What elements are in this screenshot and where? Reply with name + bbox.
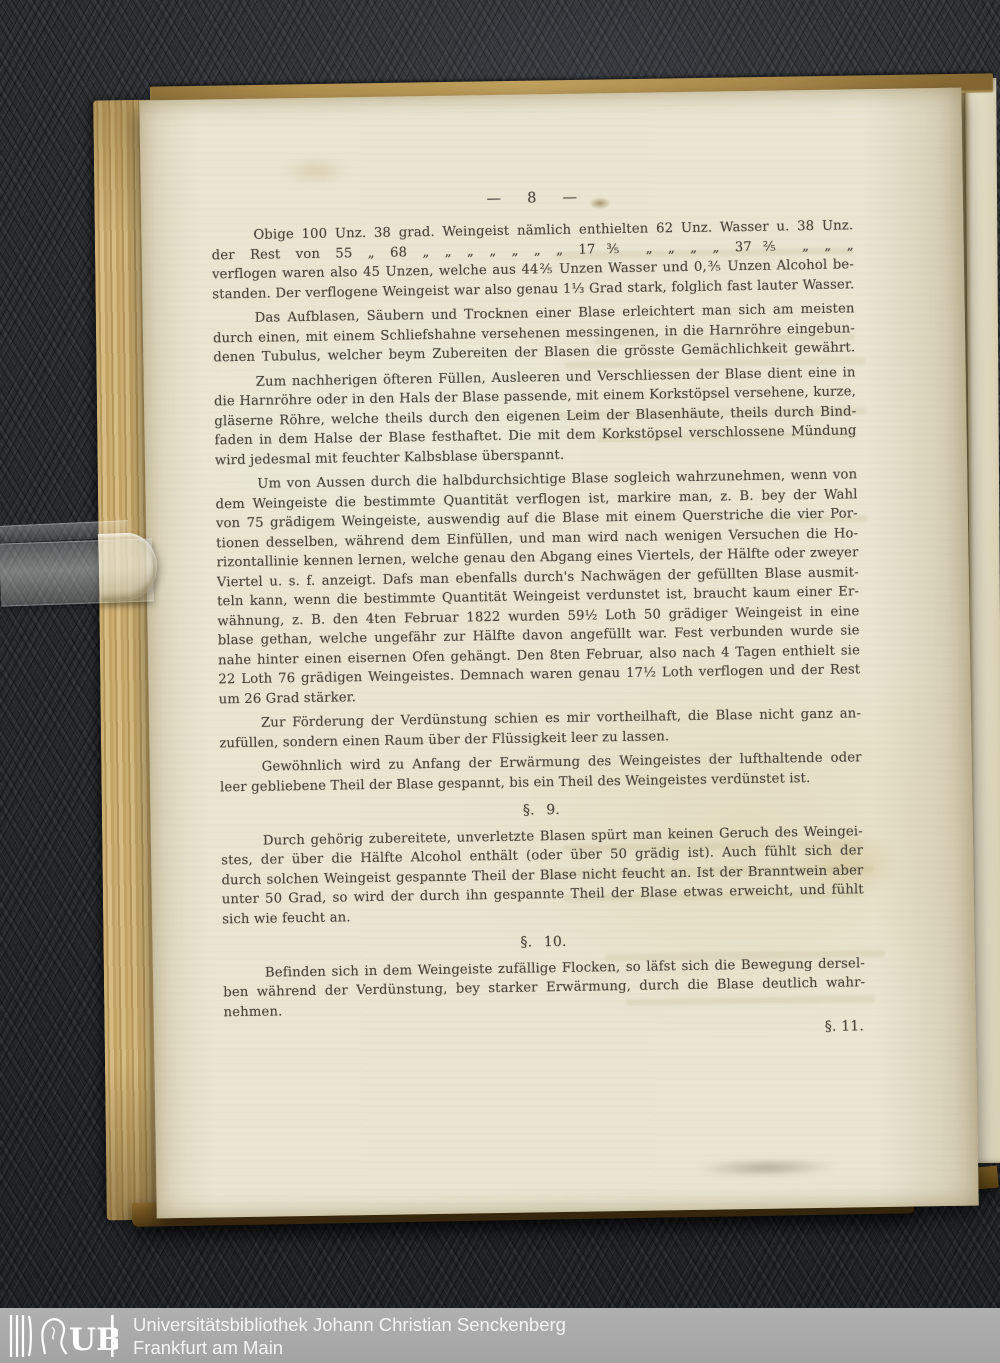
ub-library-logo-icon: UB bbox=[8, 1313, 118, 1359]
paragraph: Das Aufblasen, Säubern und Trocknen eine… bbox=[213, 299, 856, 368]
paragraph: Zur Förderung der Verdünstung schien es … bbox=[219, 704, 862, 753]
page-number-value: 8 bbox=[527, 190, 537, 206]
section-catchword: §. 11. bbox=[224, 1017, 866, 1047]
paper-stain bbox=[280, 155, 350, 186]
paragraph: Befinden sich in dem Weingeiste zufällig… bbox=[223, 954, 866, 1023]
page-text: —8—Obige 100 Unz. 38 grad. Weingeist näm… bbox=[211, 185, 866, 1046]
page-number: —8— bbox=[211, 185, 853, 211]
page-number-dash: — bbox=[562, 190, 577, 206]
book-page: —8—Obige 100 Unz. 38 grad. Weingeist näm… bbox=[139, 88, 978, 1219]
page-number-dash: — bbox=[486, 191, 501, 207]
paragraph: Zum nachherigen öfteren Füllen, Ausleere… bbox=[214, 363, 857, 471]
svg-text:UB: UB bbox=[69, 1322, 118, 1358]
paper-smudge bbox=[696, 1158, 836, 1178]
section-heading: §. 10. bbox=[222, 928, 864, 958]
paragraph: Gewöhnlich wird zu Anfang der Erwärmung … bbox=[220, 748, 863, 797]
paragraph: Durch gehörig zubereitete, unverletzte B… bbox=[221, 822, 864, 930]
paragraph: Um von Aussen durch die halbdurchsichtig… bbox=[215, 465, 861, 709]
library-city: Frankfurt am Main bbox=[133, 1336, 566, 1359]
library-name: Universitätsbibliothek Johann Christian … bbox=[133, 1313, 566, 1336]
section-heading: §. 9. bbox=[220, 796, 862, 826]
library-footer-bar: UB Universitätsbibliothek Johann Christi… bbox=[0, 1308, 1000, 1363]
paragraph: Obige 100 Unz. 38 grad. Weingeist nämlic… bbox=[211, 216, 854, 304]
